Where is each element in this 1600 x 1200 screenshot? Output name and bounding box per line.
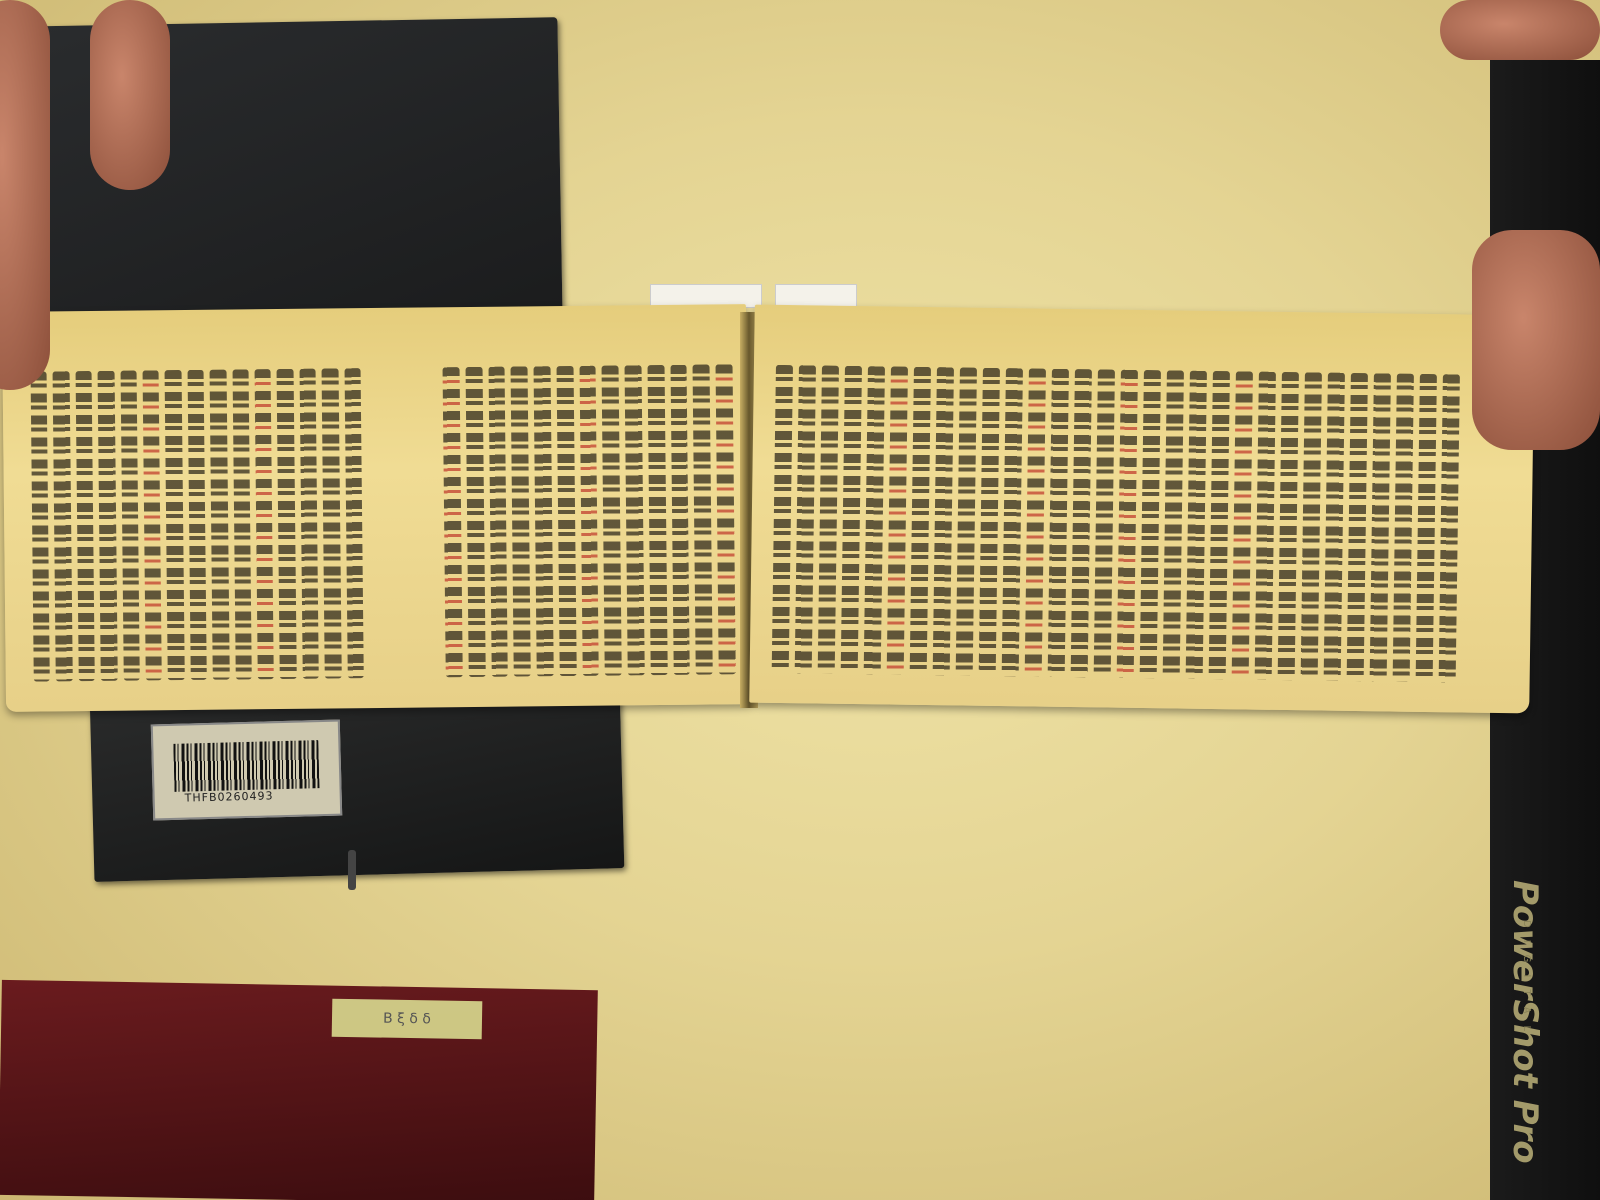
left-hand-thumb	[90, 0, 170, 190]
camera-sub-text: DIGITAL	[1521, 920, 1532, 1043]
right-page-text	[772, 365, 1466, 683]
open-manuscript	[0, 298, 1540, 723]
pen	[348, 850, 356, 890]
barcode-number: THFB0260493	[185, 789, 274, 804]
red-book-label: B ξ δ δ	[332, 999, 483, 1040]
right-page	[749, 305, 1534, 714]
left-hand-finger	[0, 0, 50, 390]
barcode-label: THFB0260493	[151, 720, 342, 821]
barcode	[173, 740, 319, 792]
right-hand	[1472, 230, 1600, 450]
left-page-column-1	[31, 368, 364, 681]
left-page	[2, 304, 750, 712]
red-book	[0, 980, 598, 1200]
left-page-column-2	[443, 364, 736, 677]
right-hand-fingertip	[1440, 0, 1600, 60]
